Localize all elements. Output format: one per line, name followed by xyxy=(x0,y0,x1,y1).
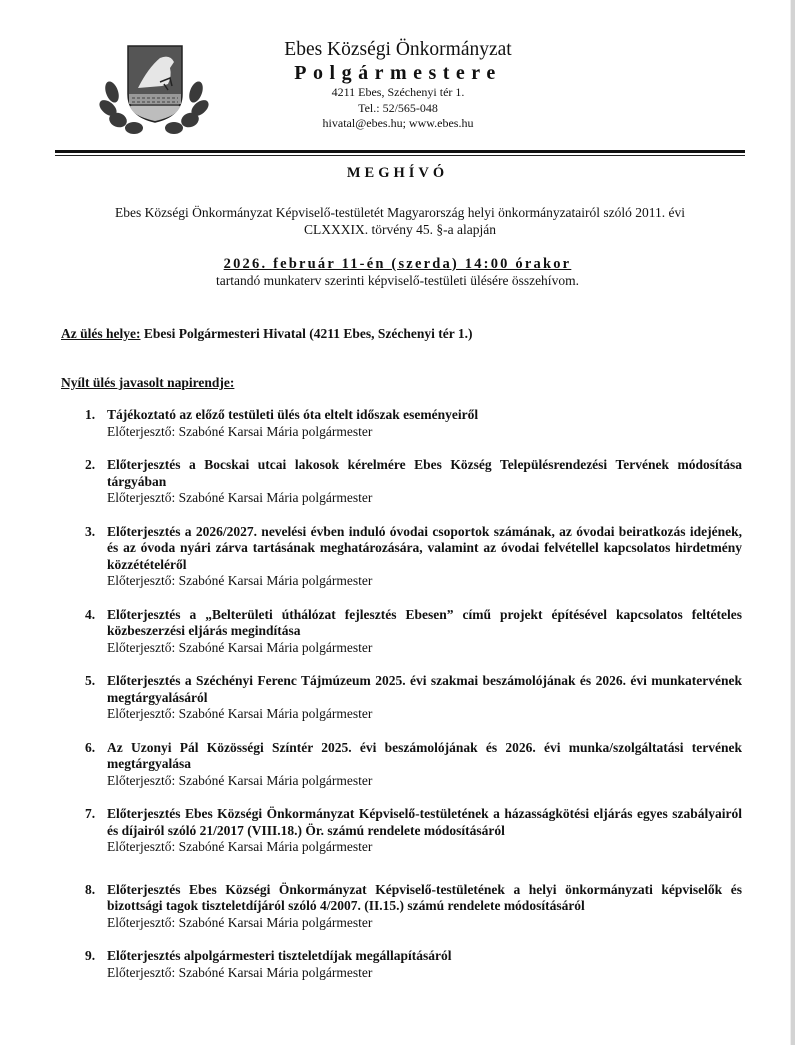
agenda-item-number: 5. xyxy=(85,673,95,690)
venue: Az ülés helye: Ebesi Polgármesteri Hivat… xyxy=(61,326,472,342)
organization-name: Ebes Községi Önkormányzat xyxy=(230,38,566,62)
agenda-item-number: 1. xyxy=(85,407,95,424)
venue-label: Az ülés helye: xyxy=(61,326,140,341)
agenda-item-presenter: Előterjesztő: Szabóné Karsai Mária polgá… xyxy=(107,706,742,723)
agenda-item-title: Előterjesztés a 2026/2027. nevelési évbe… xyxy=(107,524,742,574)
office-title: Polgármestere xyxy=(230,62,566,85)
address: 4211 Ebes, Széchenyi tér 1. xyxy=(230,85,566,101)
agenda-item-number: 7. xyxy=(85,806,95,823)
agenda-item-title: Az Uzonyi Pál Közösségi Színtér 2025. év… xyxy=(107,740,742,773)
agenda-item-number: 3. xyxy=(85,524,95,541)
agenda-item-number: 2. xyxy=(85,457,95,474)
page-edge xyxy=(791,0,795,1045)
agenda-item-number: 8. xyxy=(85,882,95,899)
contact-email-web: hivatal@ebes.hu; www.ebes.hu xyxy=(230,116,566,132)
agenda-item-title: Tájékoztató az előző testületi ülés óta … xyxy=(107,407,742,424)
header-divider-thin xyxy=(55,155,745,156)
meeting-date-subtitle: tartandó munkaterv szerinti képviselő-te… xyxy=(0,273,795,289)
agenda-item-presenter: Előterjesztő: Szabóné Karsai Mária polgá… xyxy=(107,424,742,441)
venue-value: Ebesi Polgármesteri Hivatal (4211 Ebes, … xyxy=(140,326,472,341)
agenda-item-presenter: Előterjesztő: Szabóné Karsai Mária polgá… xyxy=(107,573,742,590)
agenda-item-title: Előterjesztés a Széchényi Ferenc Tájmúze… xyxy=(107,673,742,706)
agenda-item: 8. Előterjesztés Ebes Községi Önkormányz… xyxy=(80,882,742,932)
agenda-heading: Nyílt ülés javasolt napirendje: xyxy=(61,375,234,391)
agenda-item-title: Előterjesztés a Bocskai utcai lakosok ké… xyxy=(107,457,742,490)
agenda-item: 3. Előterjesztés a 2026/2027. nevelési é… xyxy=(80,524,742,590)
agenda-item-title: Előterjesztés Ebes Községi Önkormányzat … xyxy=(107,806,742,839)
agenda-item-title: Előterjesztés alpolgármesteri tiszteletd… xyxy=(107,948,742,965)
agenda-item: 7. Előterjesztés Ebes Községi Önkormányz… xyxy=(80,806,742,856)
agenda-item-number: 4. xyxy=(85,607,95,624)
agenda-item-presenter: Előterjesztő: Szabóné Karsai Mária polgá… xyxy=(107,773,742,790)
agenda-item-presenter: Előterjesztő: Szabóné Karsai Mária polgá… xyxy=(107,915,742,932)
agenda-item-presenter: Előterjesztő: Szabóné Karsai Mária polgá… xyxy=(107,839,742,856)
intro-paragraph: Ebes Községi Önkormányzat Képviselő-test… xyxy=(60,204,740,238)
agenda-item-presenter: Előterjesztő: Szabóné Karsai Mária polgá… xyxy=(107,965,742,982)
intro-line-2: CLXXXIX. törvény 45. §-a alapján xyxy=(60,221,740,238)
agenda-item-presenter: Előterjesztő: Szabóné Karsai Mária polgá… xyxy=(107,490,742,507)
agenda-item: 1. Tájékoztató az előző testületi ülés ó… xyxy=(80,407,742,440)
agenda-item: 5. Előterjesztés a Széchényi Ferenc Tájm… xyxy=(80,673,742,723)
agenda-item-number: 6. xyxy=(85,740,95,757)
agenda-list: 1. Tájékoztató az előző testületi ülés ó… xyxy=(80,407,742,981)
phone: Tel.: 52/565-048 xyxy=(230,101,566,117)
agenda-item-title: Előterjesztés Ebes Községi Önkormányzat … xyxy=(107,882,742,915)
coat-of-arms-icon xyxy=(98,42,210,134)
agenda-item: 4. Előterjesztés a „Belterületi úthálóza… xyxy=(80,607,742,657)
document-title: MEGHÍVÓ xyxy=(0,165,795,182)
meeting-date: 2026. február 11-én (szerda) 14:00 órako… xyxy=(0,256,795,273)
agenda-item-presenter: Előterjesztő: Szabóné Karsai Mária polgá… xyxy=(107,640,742,657)
header-divider-thick xyxy=(55,150,745,153)
intro-line-1: Ebes Községi Önkormányzat Képviselő-test… xyxy=(60,204,740,221)
agenda-item-number: 9. xyxy=(85,948,95,965)
agenda-item: 6. Az Uzonyi Pál Közösségi Színtér 2025.… xyxy=(80,740,742,790)
letterhead: Ebes Községi Önkormányzat Polgármestere … xyxy=(230,38,566,132)
meeting-date-text: 2026. február 11-én (szerda) 14:00 órako… xyxy=(224,256,572,272)
agenda-item: 9. Előterjesztés alpolgármesteri tisztel… xyxy=(80,948,742,981)
agenda-item-title: Előterjesztés a „Belterületi úthálózat f… xyxy=(107,607,742,640)
agenda-item: 2. Előterjesztés a Bocskai utcai lakosok… xyxy=(80,457,742,507)
